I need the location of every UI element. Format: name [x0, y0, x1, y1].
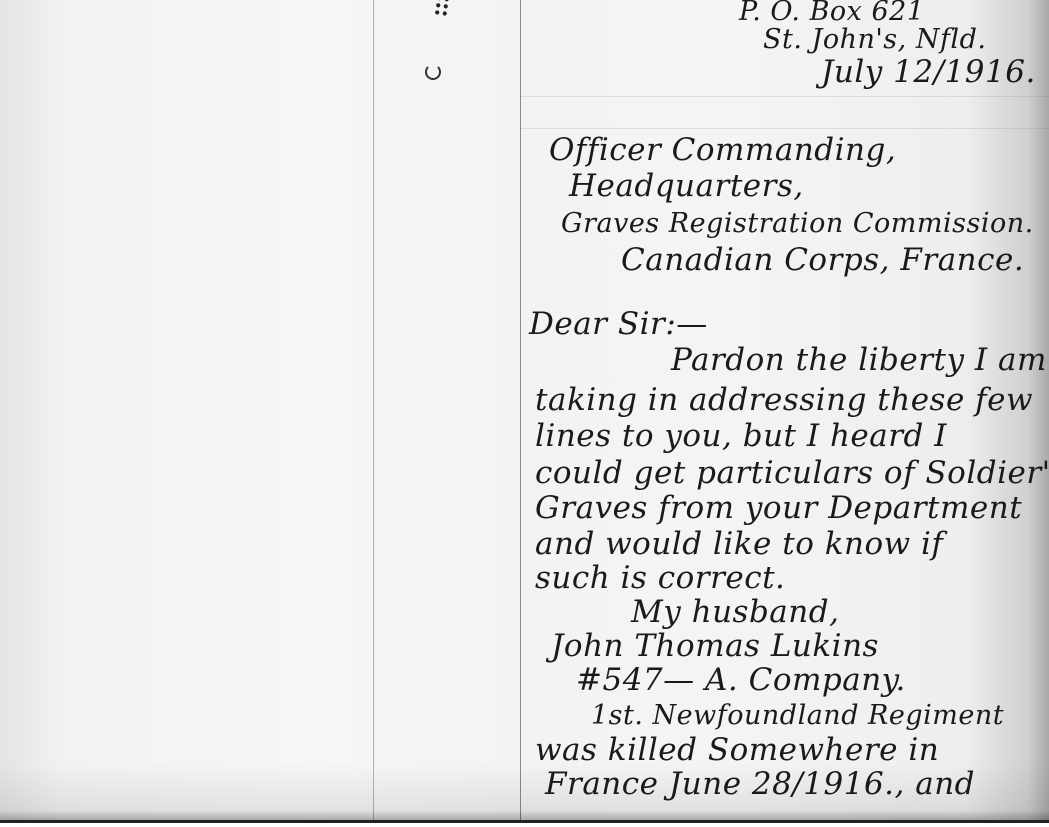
recipient-line-3: Graves Registration Commission. [561, 208, 1034, 239]
recipient-line-1: Officer Commanding, [549, 132, 896, 168]
address-line-2: St. John's, Nfld. [763, 24, 986, 55]
ruled-line [521, 96, 1049, 97]
body-line: Graves from your Department [535, 490, 1022, 526]
body-line: John Thomas Lukins [551, 628, 879, 664]
body-line: lines to you, but I heard I [535, 418, 947, 454]
body-line: France June 28/1916., and [545, 766, 975, 802]
ink-hook-mark: ⠿ [430, 0, 453, 25]
salutation: Dear Sir:— [529, 306, 708, 342]
ruled-line [521, 128, 1049, 129]
body-line: Pardon the liberty I am [671, 342, 1047, 378]
recipient-line-2: Headquarters, [569, 168, 804, 204]
ink-ring-mark [425, 64, 441, 80]
body-line: #547— A. Company. [576, 662, 906, 698]
body-line: was killed Somewhere in [535, 732, 939, 768]
letter-date: July 12/1916. [821, 54, 1036, 90]
body-line: could get particulars of Soldier's [535, 455, 1049, 491]
scan-bottom-edge [0, 820, 1049, 823]
body-line: My husband, [631, 594, 839, 630]
recipient-line-4: Canadian Corps, France. [621, 242, 1024, 278]
body-line: 1st. Newfoundland Regiment [591, 700, 1004, 731]
letter-page: P. O. Box 621 St. John's, Nfld. July 12/… [521, 0, 1049, 822]
page-fold-line [373, 0, 374, 822]
address-line-1: P. O. Box 621 [739, 0, 925, 27]
body-line: such is correct. [535, 560, 785, 596]
body-line: and would like to know if [535, 526, 943, 562]
left-blank-page: ⠿ [0, 0, 520, 822]
body-line: taking in addressing these few [535, 382, 1033, 418]
scanned-letter: ⠿ P. O. Box 621 St. John's, Nfld. July 1… [0, 0, 1049, 822]
